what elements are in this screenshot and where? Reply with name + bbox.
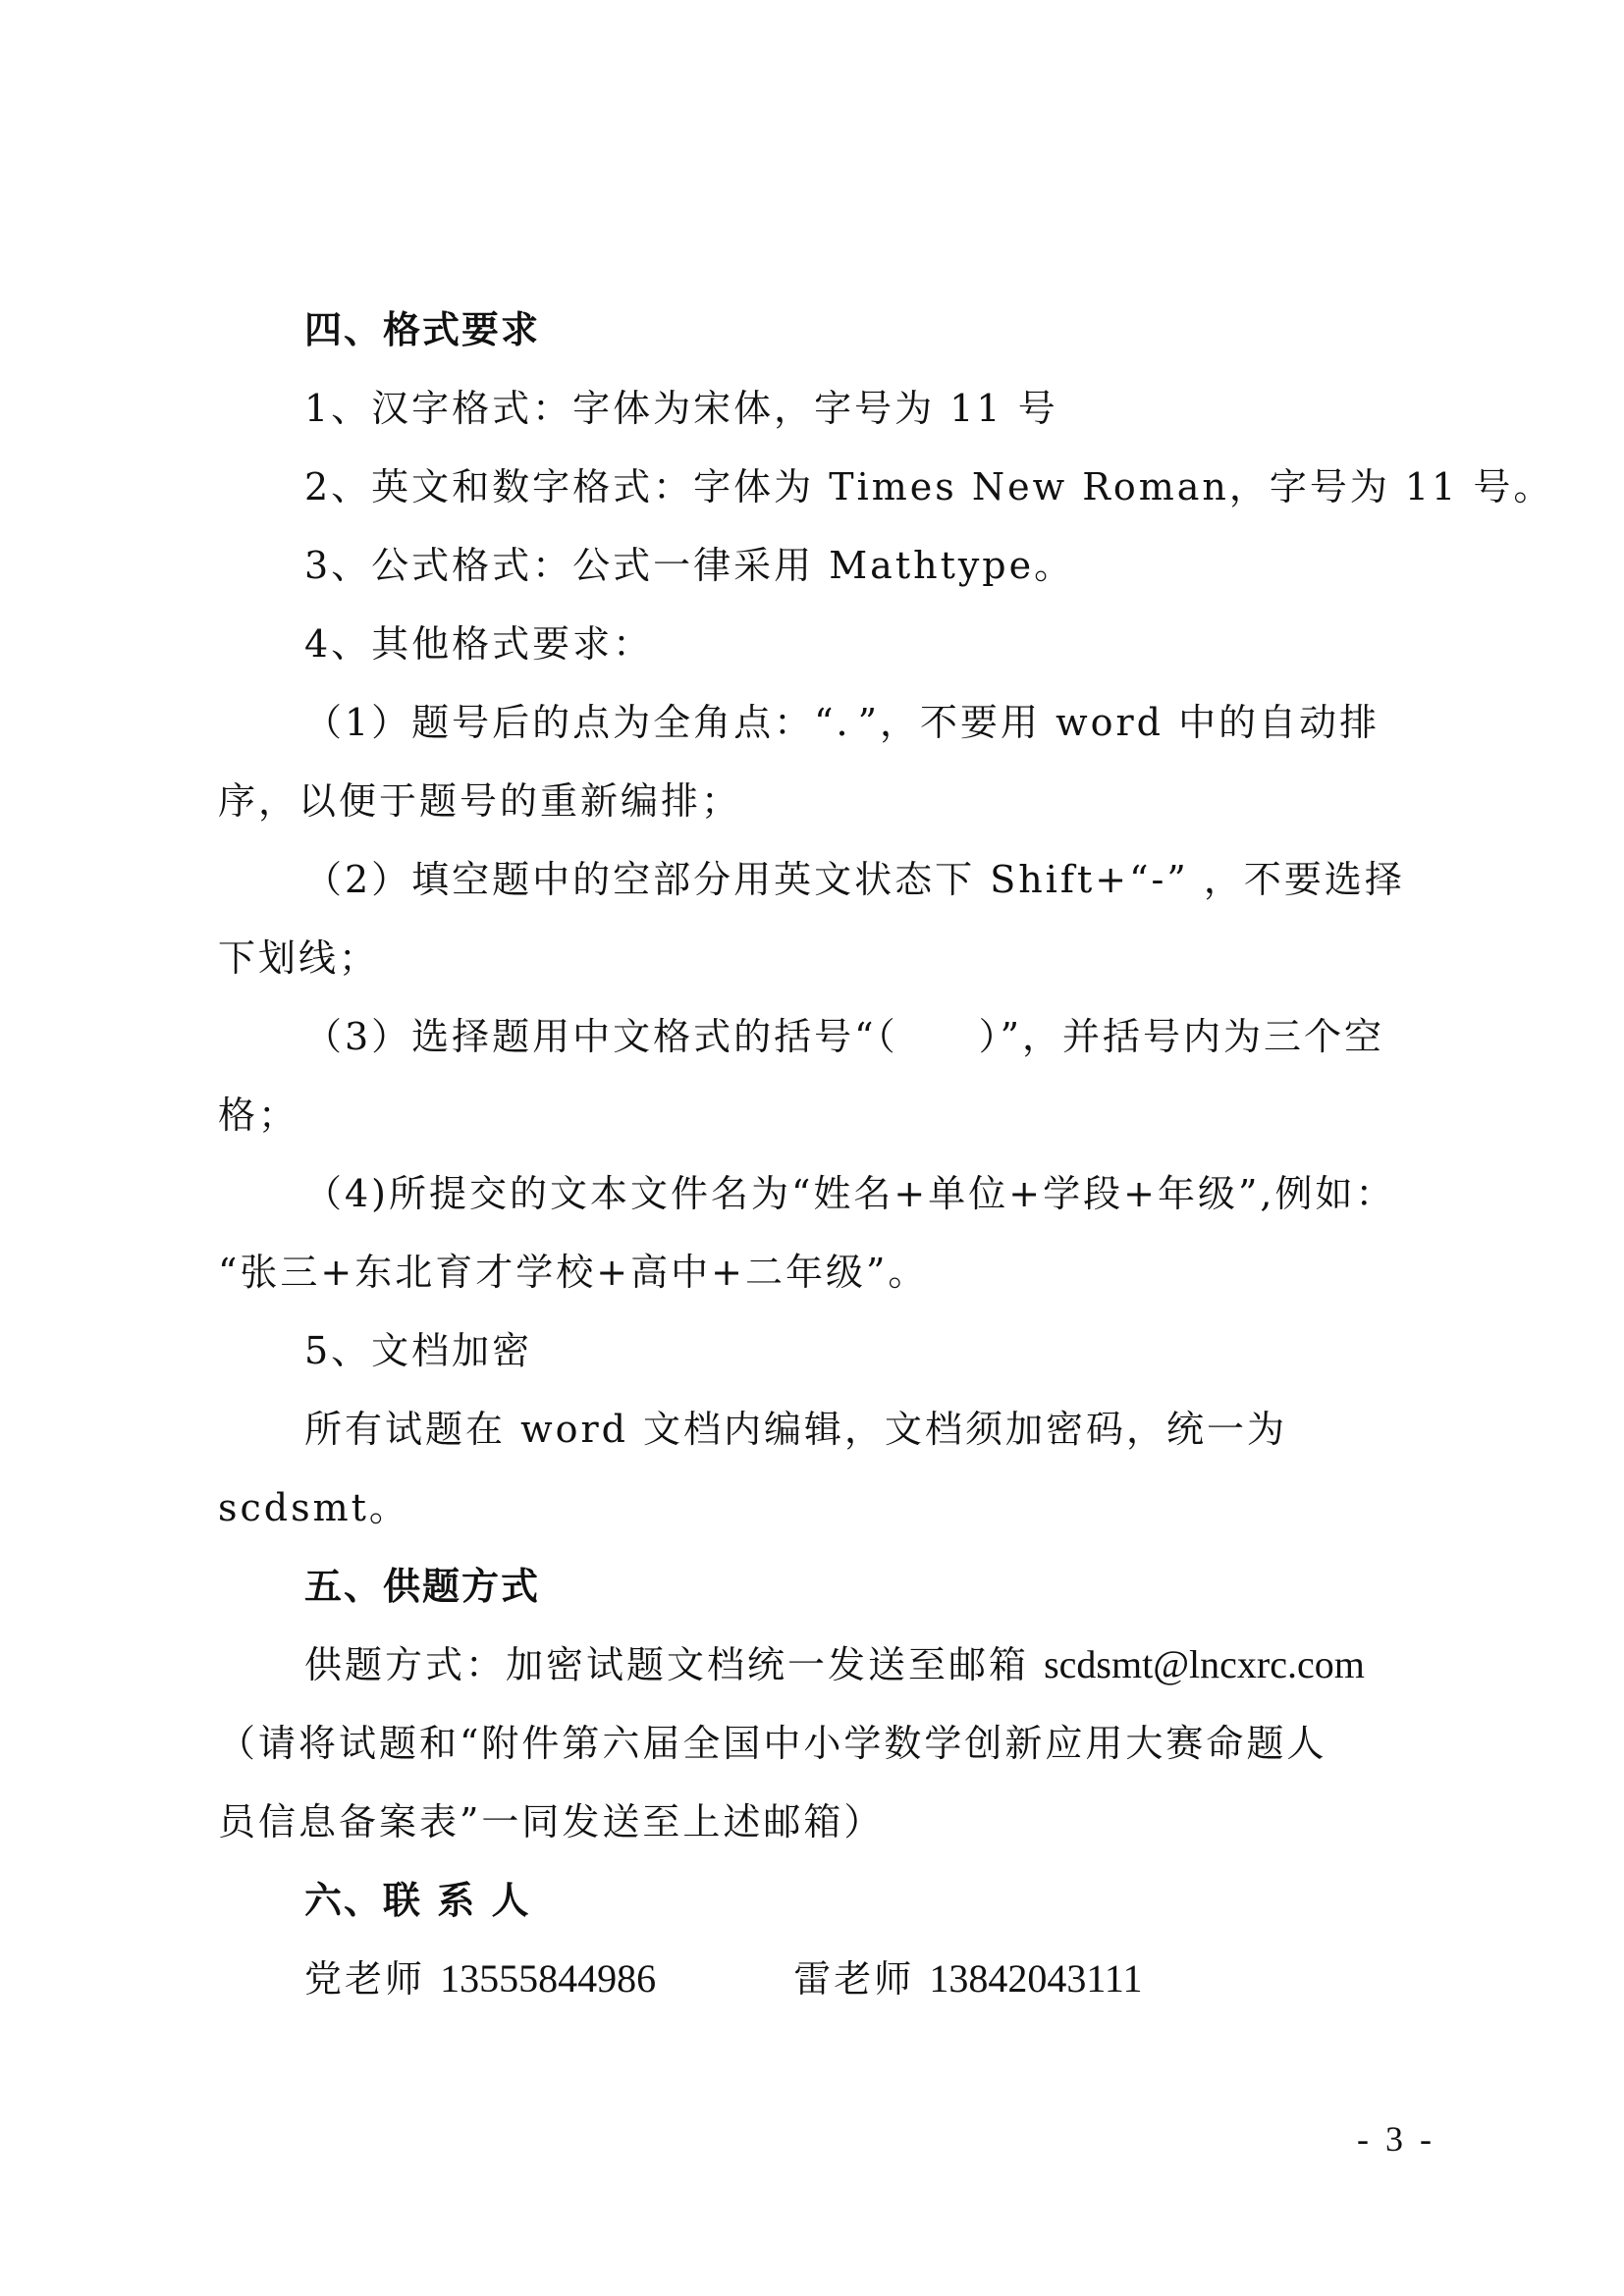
submission-line-1: 供题方式：加密试题文档统一发送至邮箱 scdsmt@lncxrc.com — [218, 1626, 1435, 1704]
submission-line-3: 员信息备案表”一同发送至上述邮箱） — [218, 1783, 1435, 1861]
format-sub-1-line-2: 序，以便于题号的重新编排； — [218, 762, 1435, 840]
contact-phone-2: 13842043111 — [929, 1956, 1142, 2001]
section-heading-format: 四、格式要求 — [218, 291, 1435, 369]
section-heading-contacts: 六、联 系 人 — [218, 1861, 1435, 1940]
submission-email: scdsmt@lncxrc.com — [1044, 1642, 1365, 1686]
format-item-4-title: 4、其他格式要求： — [218, 605, 1435, 683]
format-sub-2-line-2: 下划线； — [218, 919, 1435, 997]
format-item-5-title: 5、文档加密 — [218, 1311, 1435, 1390]
format-item-2: 2、英文和数字格式：字体为 Times New Roman，字号为 11 号。 — [218, 448, 1435, 526]
format-sub-1-line-1: （1）题号后的点为全角点：“．”，不要用 word 中的自动排 — [218, 683, 1435, 762]
format-sub-3-line-2: 格； — [218, 1076, 1435, 1154]
contacts-line: 党老师 13555844986 雷老师 13842043111 — [218, 1940, 1435, 2018]
section-heading-submission: 五、供题方式 — [218, 1547, 1435, 1626]
format-sub-3-line-1: （3）选择题用中文格式的括号“（ ）”，并括号内为三个空 — [218, 997, 1435, 1076]
contact-name-1: 党老师 — [304, 1957, 425, 2001]
contact-phone-1: 13555844986 — [440, 1956, 656, 2001]
document-page: 四、格式要求 1、汉字格式：字体为宋体，字号为 11 号 2、英文和数字格式：字… — [0, 0, 1624, 2296]
format-item-5-line-1: 所有试题在 word 文档内编辑，文档须加密码，统一为 — [218, 1390, 1435, 1468]
format-sub-4-line-2: “张三+东北育才学校+高中+二年级”。 — [218, 1233, 1435, 1311]
format-item-5-line-2: scdsmt。 — [218, 1468, 1435, 1547]
format-item-1: 1、汉字格式：字体为宋体，字号为 11 号 — [218, 369, 1435, 448]
contact-name-2: 雷老师 — [793, 1957, 914, 2001]
format-item-3: 3、公式格式：公式一律采用 Mathtype。 — [218, 526, 1435, 605]
format-sub-2-line-1: （2）填空题中的空部分用英文状态下 Shift+“-” ，不要选择 — [218, 840, 1435, 919]
page-number: - 3 - — [1357, 2118, 1435, 2160]
document-body: 四、格式要求 1、汉字格式：字体为宋体，字号为 11 号 2、英文和数字格式：字… — [218, 291, 1435, 2018]
submission-line-2: （请将试题和“附件第六届全国中小学数学创新应用大赛命题人 — [218, 1704, 1435, 1783]
format-sub-4-line-1: （4)所提交的文本文件名为“姓名+单位+学段+年级”,例如： — [218, 1154, 1435, 1233]
submission-text: 供题方式：加密试题文档统一发送至邮箱 — [304, 1643, 1044, 1686]
